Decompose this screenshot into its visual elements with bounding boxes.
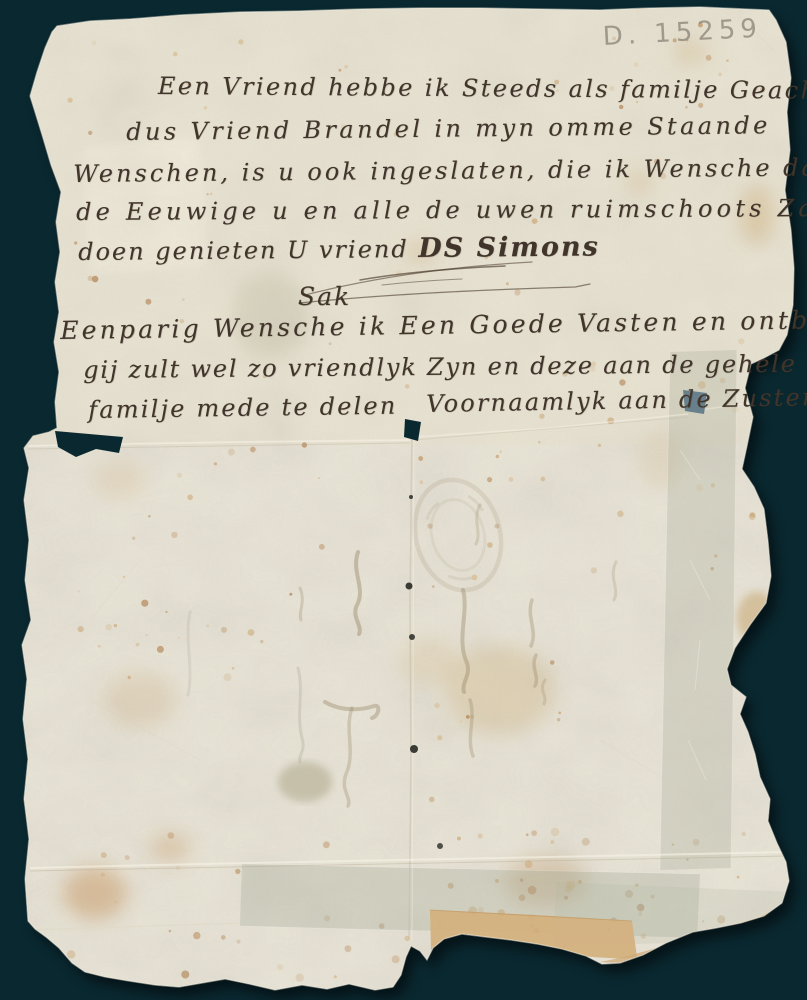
tape-strip-right [660,350,737,870]
letter-line-5-text: doen genieten U vriend [78,235,409,266]
tear-hole-center [404,419,421,441]
letter-line-1: Een Vriend hebbe ik Steeds als familje G… [158,72,807,105]
letter-paper-artwork [0,0,807,1000]
olive-stain [278,762,332,802]
letter-line-8a: familje mede te delen [88,392,398,424]
letter-line-5: doen genieten U vriend DS Simons [78,231,600,267]
signature: DS Simons [418,231,600,264]
letter-heading: Sak [298,282,351,311]
letter-line-4: de Eeuwige u en alle de uwen ruimschoots… [76,194,807,226]
photo-of-letter: D. 15259 Een Vriend hebbe ik Steeds als … [0,0,807,1000]
